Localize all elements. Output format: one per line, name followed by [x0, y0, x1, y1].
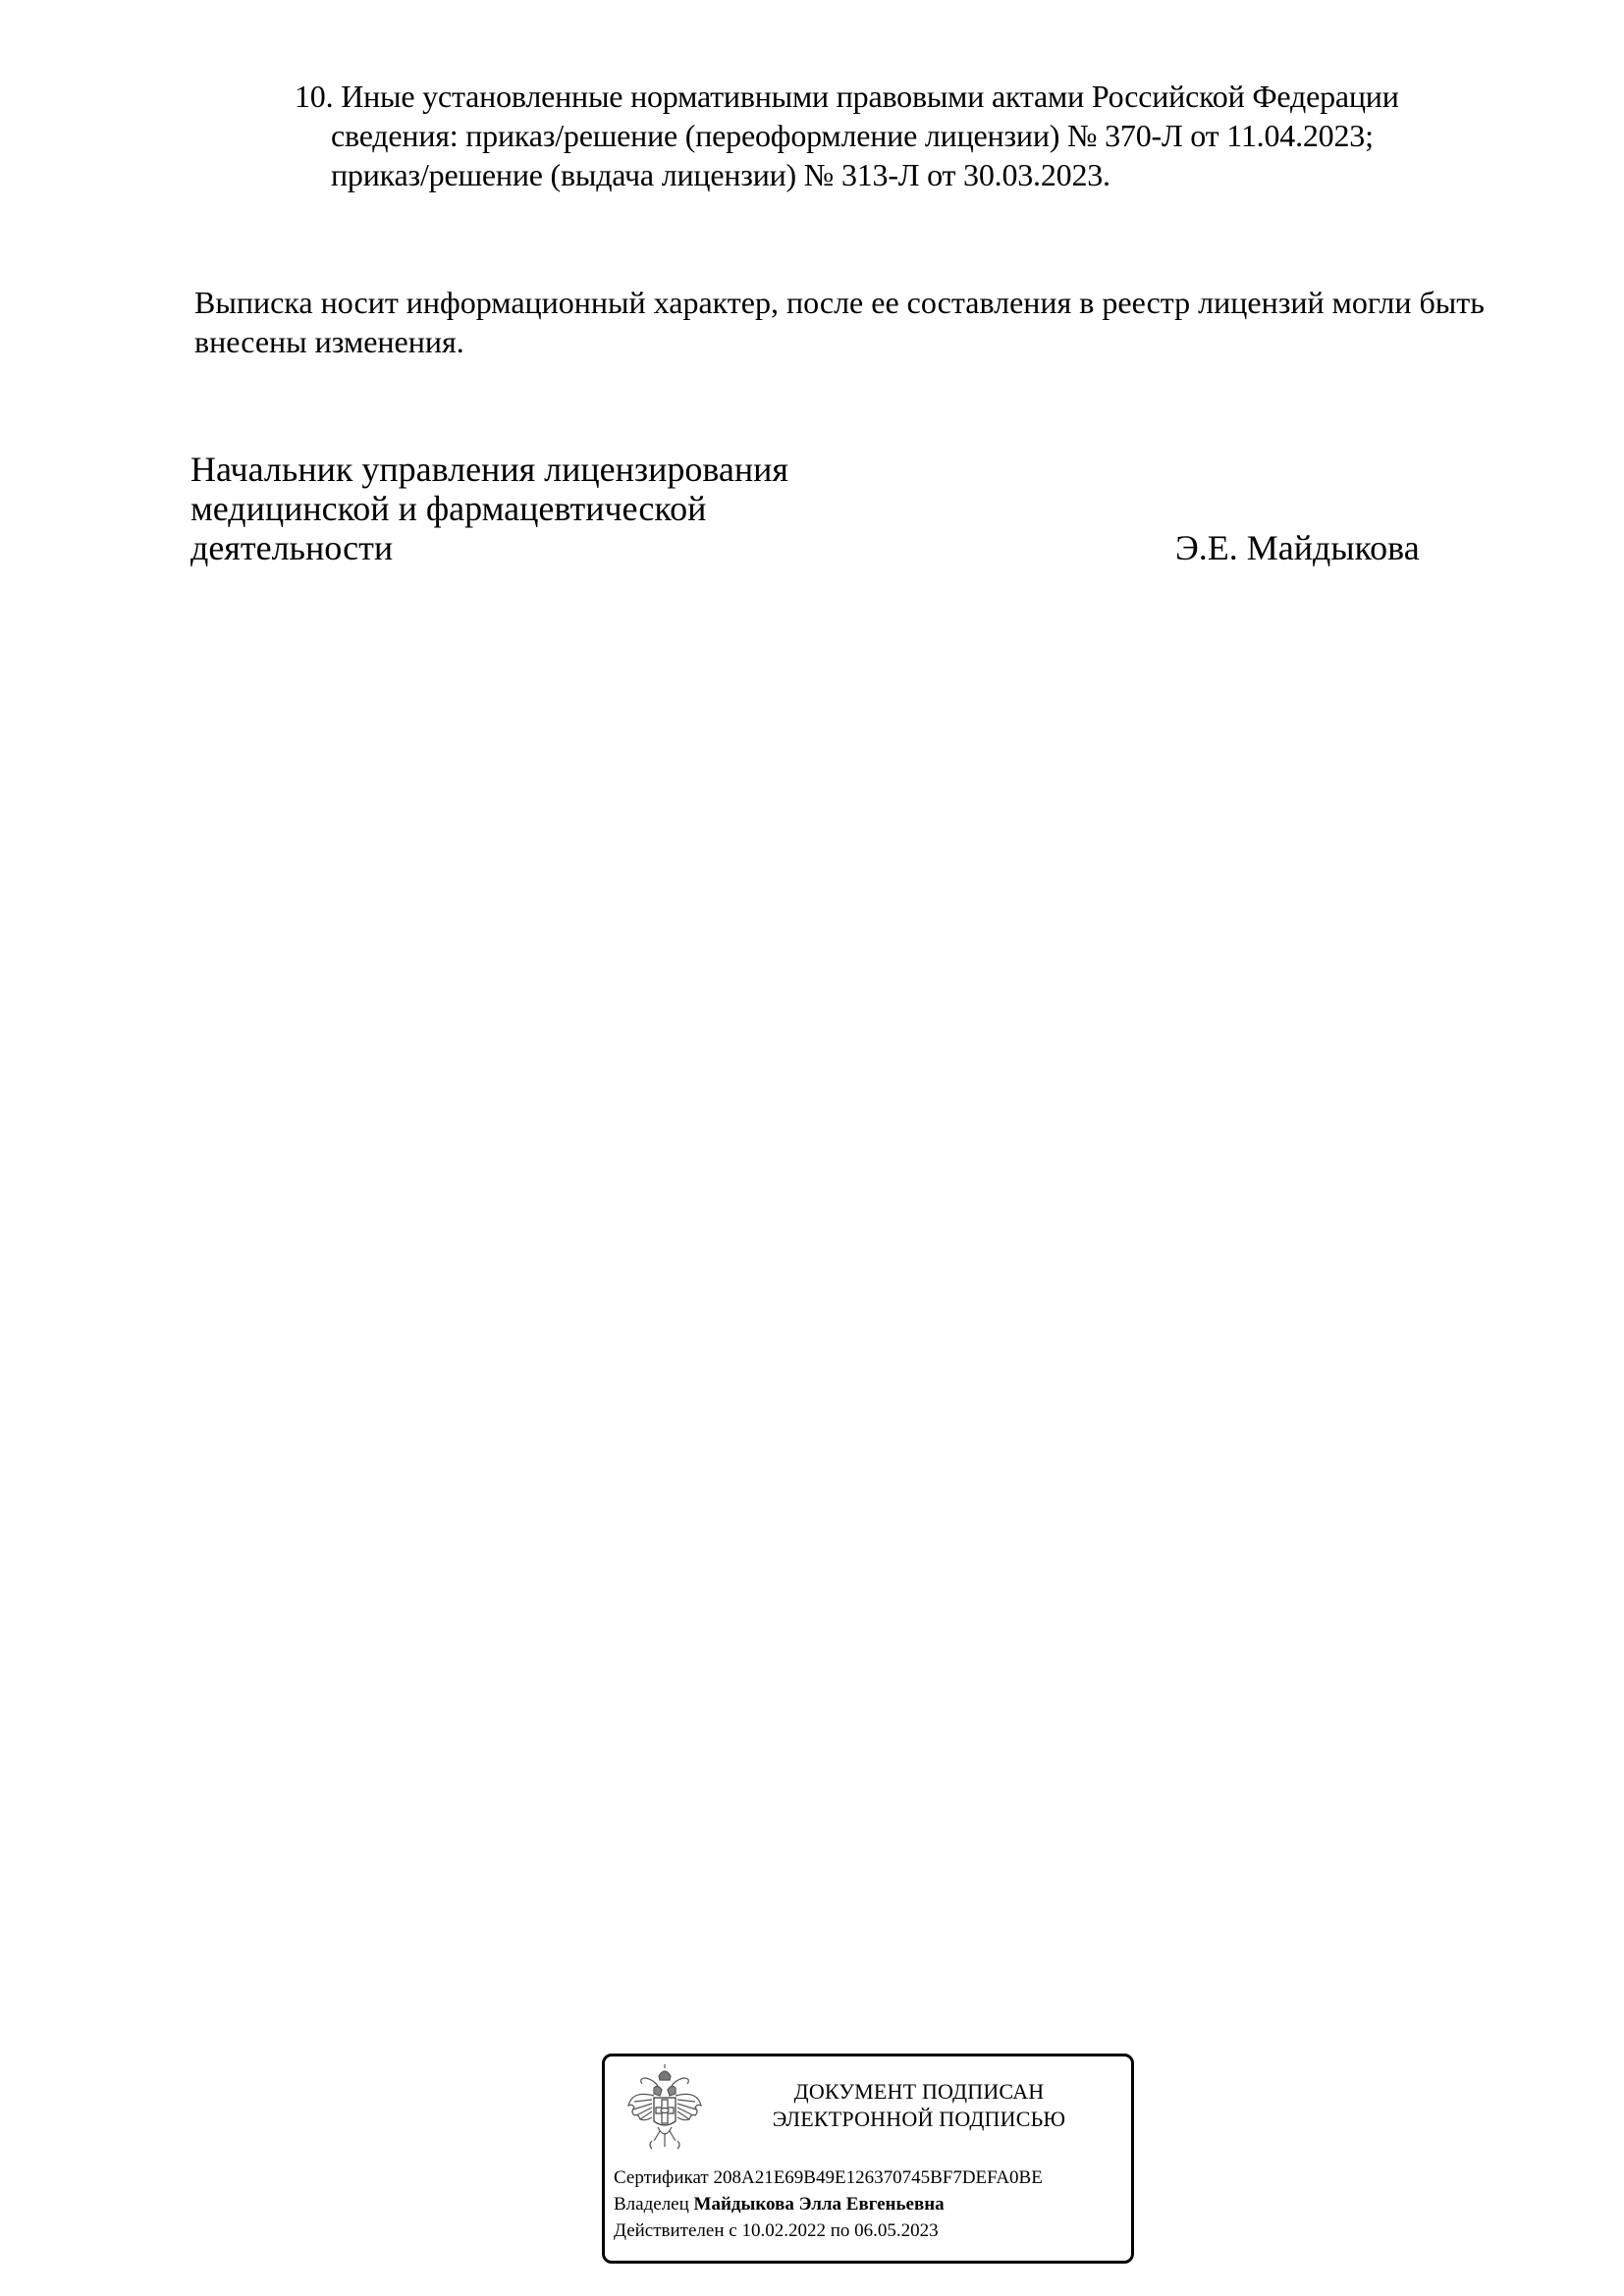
disclaimer: Выписка носит информационный характер, п…: [194, 283, 1589, 361]
stamp-heading: ДОКУМЕНТ ПОДПИСАН ЭЛЕКТРОННОЙ ПОДПИСЬЮ: [723, 2078, 1115, 2133]
stamp-heading-line-1: ДОКУМЕНТ ПОДПИСАН: [723, 2078, 1115, 2106]
signatory-title-line-3: деятельности: [190, 528, 788, 567]
signatory-name: Э.Е. Майдыкова: [1175, 528, 1420, 567]
valid-to: 06.05.2023: [854, 2220, 939, 2241]
certificate-label: Сертификат: [614, 2167, 709, 2188]
signatory-title-line-2: медицинской и фармацевтической: [190, 489, 788, 528]
disclaimer-line-2: внесены изменения.: [194, 322, 1589, 361]
coat-of-arms-icon: [624, 2062, 705, 2157]
valid-from: 10.02.2022: [741, 2220, 826, 2241]
signatory-title: Начальник управления лицензирования меди…: [190, 450, 788, 567]
owner-row: Владелец Майдыкова Элла Евгеньевна: [614, 2191, 1043, 2217]
stamp-details: Сертификат 208A21E69B49E126370745BF7DEFA…: [614, 2164, 1043, 2244]
item-number: 10.: [295, 79, 333, 114]
certificate-value: 208A21E69B49E126370745BF7DEFA0BE: [713, 2167, 1042, 2188]
valid-label: Действителен: [614, 2220, 725, 2241]
validity-row: Действителен с 10.02.2022 по 06.05.2023: [614, 2217, 1043, 2244]
item-10-line-3: приказ/решение (выдача лицензии) № 313-Л…: [295, 155, 1512, 194]
disclaimer-line-1: Выписка носит информационный характер, п…: [194, 283, 1589, 322]
certificate-row: Сертификат 208A21E69B49E126370745BF7DEFA…: [614, 2164, 1043, 2191]
signatory-title-line-1: Начальник управления лицензирования: [190, 450, 788, 489]
item-10: 10. Иные установленные нормативными прав…: [295, 77, 1512, 194]
owner-label: Владелец: [614, 2194, 689, 2215]
item-10-line-1: 10. Иные установленные нормативными прав…: [295, 77, 1512, 116]
item-10-line-2: сведения: приказ/решение (переоформление…: [295, 116, 1512, 155]
stamp-heading-line-2: ЭЛЕКТРОННОЙ ПОДПИСЬЮ: [723, 2106, 1115, 2133]
owner-value: Майдыкова Элла Евгеньевна: [694, 2194, 945, 2215]
electronic-signature-stamp: ДОКУМЕНТ ПОДПИСАН ЭЛЕКТРОННОЙ ПОДПИСЬЮ С…: [602, 2054, 1134, 2264]
